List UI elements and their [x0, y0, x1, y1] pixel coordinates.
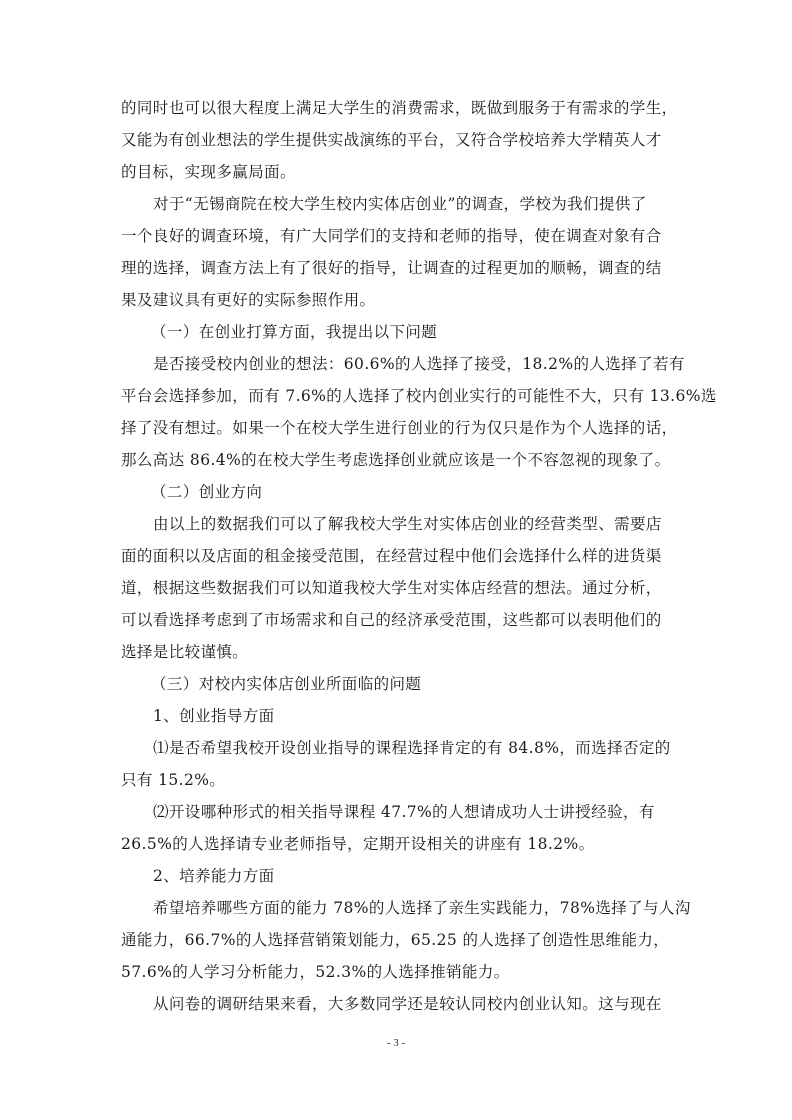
text-line: 是否接受校内创业的想法：60.6%的人选择了接受，18.2%的人选择了若有	[121, 351, 701, 383]
paragraph-guidance-course: ⑴是否希望我校开设创业指导的课程选择肯定的有 84.8%，而选择否定的 只有 1…	[121, 735, 701, 799]
text-line: 57.6%的人学习分析能力，52.3%的人选择推销能力。	[121, 959, 701, 991]
text-line: 又能为有创业想法的学生提供实战演练的平台，又符合学校培养大学精英人才	[121, 127, 701, 159]
document-body: 的同时也可以很大程度上满足大学生的消费需求，既做到服务于有需求的学生， 又能为有…	[121, 95, 701, 1023]
text-line: 那么高达 86.4%的在校大学生考虑选择创业就应该是一个不容忽视的现象了。	[121, 447, 701, 479]
paragraph-guidance-format: ⑵开设哪种形式的相关指导课程 47.7%的人想请成功人士讲授经验，有 26.5%…	[121, 799, 701, 863]
text-line: ⑴是否希望我校开设创业指导的课程选择肯定的有 84.8%，而选择否定的	[121, 735, 701, 767]
text-line: 对于“无锡商院在校大学生校内实体店创业”的调查，学校为我们提供了	[121, 191, 701, 223]
text-line: 通能力，66.7%的人选择营销策划能力，65.25 的人选择了创造性思维能力，	[121, 927, 701, 959]
text-line: 选择是比较谨慎。	[121, 639, 701, 671]
text-line: 平台会选择参加，而有 7.6%的人选择了校内创业实行的可能性不大，只有 13.6…	[121, 383, 701, 415]
text-line: 的目标，实现多赢局面。	[121, 159, 701, 191]
text-line: 由以上的数据我们可以了解我校大学生对实体店创业的经营类型、需要店	[121, 511, 701, 543]
paragraph-abilities: 希望培养哪些方面的能力 78%的人选择了亲生实践能力，78%选择了与人沟 通能力…	[121, 895, 701, 991]
text-line: 道，根据这些数据我们可以知道我校大学生对实体店经营的想法。通过分析，	[121, 575, 701, 607]
document-page: 的同时也可以很大程度上满足大学生的消费需求，既做到服务于有需求的学生， 又能为有…	[0, 0, 792, 1120]
text-line: 理的选择，调查方法上有了很好的指导，让调查的过程更加的顺畅，调查的结	[121, 255, 701, 287]
text-line: 面的面积以及店面的租金接受范围，在经营过程中他们会选择什么样的进货渠	[121, 543, 701, 575]
section-heading-1: （一）在创业打算方面，我提出以下问题	[121, 319, 701, 351]
text-line: 26.5%的人选择请专业老师指导，定期开设相关的讲座有 18.2%。	[121, 831, 701, 863]
text-line: 可以看选择考虑到了市场需求和自己的经济承受范围，这些都可以表明他们的	[121, 607, 701, 639]
paragraph-entrepreneurship-direction: 由以上的数据我们可以了解我校大学生对实体店创业的经营类型、需要店 面的面积以及店…	[121, 511, 701, 671]
paragraph-entrepreneurship-intent: 是否接受校内创业的想法：60.6%的人选择了接受，18.2%的人选择了若有 平台…	[121, 351, 701, 479]
text-line: 择了没有想过。如果一个在校大学生进行创业的行为仅只是作为个人选择的话，	[121, 415, 701, 447]
paragraph-conclusion: 从问卷的调研结果来看，大多数同学还是较认同校内创业认知。这与现在	[121, 991, 701, 1023]
text-line: 一个良好的调查环境，有广大同学们的支持和老师的指导，使在调查对象有合	[121, 223, 701, 255]
subheading-guidance: 1、创业指导方面	[121, 703, 701, 735]
text-line: 的同时也可以很大程度上满足大学生的消费需求，既做到服务于有需求的学生，	[121, 95, 701, 127]
text-line: 希望培养哪些方面的能力 78%的人选择了亲生实践能力，78%选择了与人沟	[121, 895, 701, 927]
page-number: - 3 -	[0, 1037, 792, 1049]
text-line: 只有 15.2%。	[121, 767, 701, 799]
paragraph-survey-environment: 对于“无锡商院在校大学生校内实体店创业”的调查，学校为我们提供了 一个良好的调查…	[121, 191, 701, 319]
subheading-abilities: 2、培养能力方面	[121, 863, 701, 895]
text-line: 从问卷的调研结果来看，大多数同学还是较认同校内创业认知。这与现在	[121, 991, 701, 1023]
section-heading-2: （二）创业方向	[121, 479, 701, 511]
section-heading-3: （三）对校内实体店创业所面临的问题	[121, 671, 701, 703]
text-line: 果及建议具有更好的实际参照作用。	[121, 287, 701, 319]
text-line: ⑵开设哪种形式的相关指导课程 47.7%的人想请成功人士讲授经验，有	[121, 799, 701, 831]
paragraph-continued: 的同时也可以很大程度上满足大学生的消费需求，既做到服务于有需求的学生， 又能为有…	[121, 95, 701, 191]
